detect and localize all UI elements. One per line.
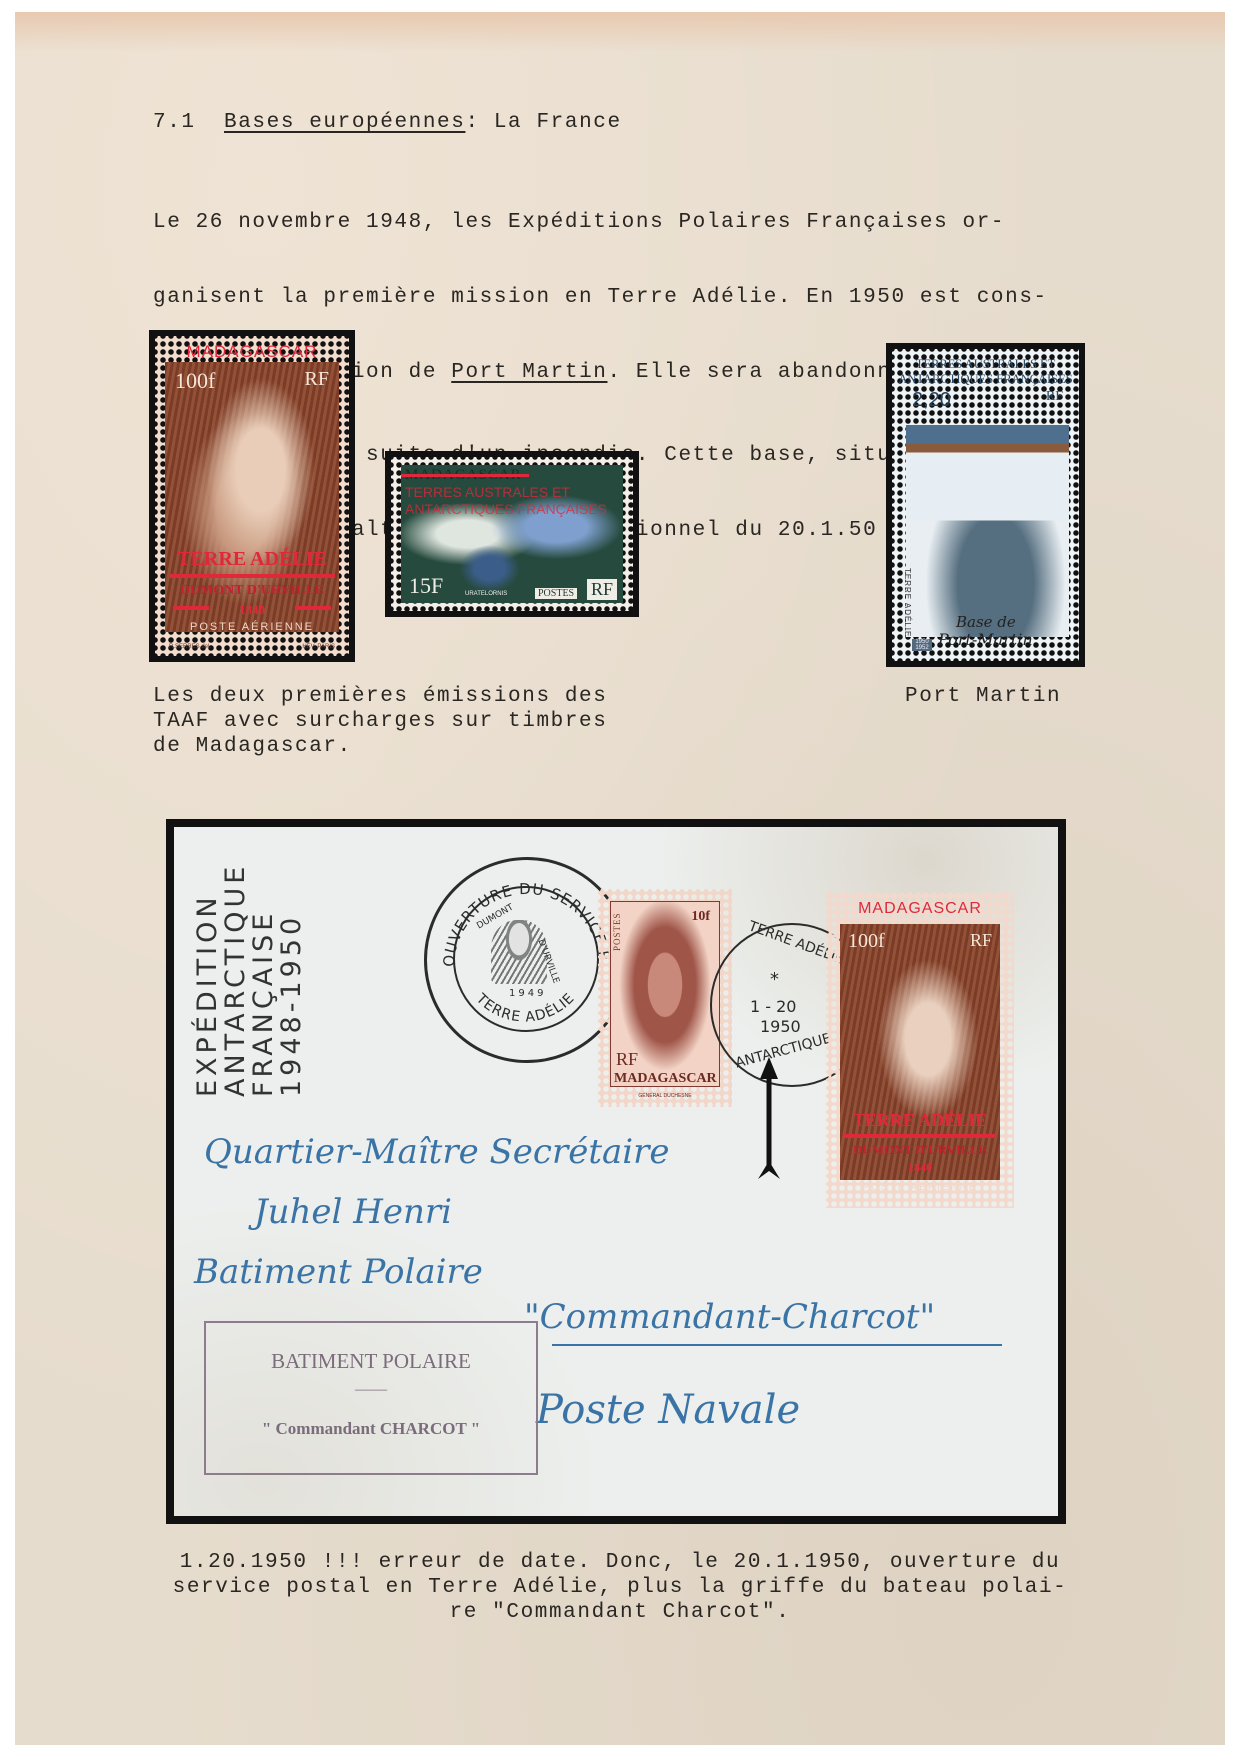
stamp-title-1: Base de <box>956 613 1016 631</box>
caption-line: de Madagascar. <box>153 735 352 758</box>
section-title-rest: : La France <box>465 111 621 134</box>
slogan-line: 1948-1950 <box>276 914 307 1097</box>
cachet-line-2: " Commandant CHARCOT " <box>206 1419 536 1439</box>
overprint-bar <box>295 606 331 610</box>
stamp-taaf-port-martin: TERRES AUSTRALES ET ANTARCTIQUES FRANÇAI… <box>886 343 1085 667</box>
address-line-1: Quartier-Maître Secrétaire <box>204 1132 670 1172</box>
datestamp-star: * <box>770 969 779 990</box>
caption-port-martin: Port Martin <box>905 684 1061 709</box>
caption-line: service postal en Terre Adélie, plus la … <box>120 1575 1120 1600</box>
stamp-bottom-text: POSTE AÉRIENNE <box>149 621 355 633</box>
overprint-terre-adelie: TERRE ADÉLIE <box>830 1110 1010 1131</box>
overprint-bar <box>844 1134 996 1138</box>
stamp-side-text: TERRE ADÉLIE <box>903 568 912 637</box>
stamp-value: 15F <box>409 573 443 599</box>
datestamp-year: 1950 <box>760 1017 801 1036</box>
stamp-madagascar-100f-overprint: MADAGASCAR 100f RF TERRE ADÉLIE DUMONT D… <box>149 330 355 662</box>
stamp-rf: RF <box>1046 389 1063 405</box>
section-number: 7.1 <box>153 111 196 134</box>
cachet-line-1: BATIMENT POLAIRE <box>206 1349 536 1374</box>
stamp-value: 100f <box>848 930 885 953</box>
slogan-line: EXPÉDITION <box>192 893 223 1097</box>
slogan-line: ANTARCTIQUE <box>220 863 251 1097</box>
overprint-line1: TERRES AUSTRALES ET <box>405 484 570 500</box>
stamp-printer: HÉV. PARIS <box>302 644 335 650</box>
caption-left: Les deux premières émissions des TAAF av… <box>153 684 607 759</box>
stamp-country: MADAGASCAR <box>149 342 355 362</box>
stamp-country-1: TERRES AUSTRALES ET <box>886 357 1085 372</box>
stamp-value: 10f <box>691 909 710 925</box>
strike-bar <box>401 474 529 477</box>
slogan-line: FRANÇAISE <box>248 910 279 1097</box>
cachet-divider: —— <box>206 1381 536 1399</box>
stamp-rf: RF <box>970 930 992 951</box>
stamp-rf: RF <box>616 1049 638 1070</box>
stamp-subject: GÉNÉRAL DUCHESNE <box>598 1093 732 1099</box>
address-line-3: Batiment Polaire <box>194 1252 483 1292</box>
page-heading: 7.1 Bases européennes: La France <box>153 110 622 135</box>
stamp-country: MADAGASCAR <box>614 1071 717 1087</box>
port-martin-underlined: Port Martin <box>451 361 607 384</box>
overprint-year: 1840 <box>153 602 351 618</box>
overprint-dumont-durville: DUMONT D'URVILLE <box>830 1142 1010 1158</box>
overprint-year: 1840 <box>830 1160 1010 1175</box>
address-line-4: "Commandant-Charcot" <box>524 1297 935 1337</box>
stamp-country-2: ANTARCTIQUES FRANÇAISES <box>886 372 1085 387</box>
stamp-country: MADAGASCAR <box>826 900 1014 918</box>
arrow-up-icon <box>754 1057 784 1182</box>
stamp-value: 100f <box>175 368 215 394</box>
intro-line: Le 26 novembre 1948, les Expéditions Pol… <box>153 210 1062 235</box>
cover-caption: 1.20.1950 !!! erreur de date. Donc, le 2… <box>120 1550 1120 1625</box>
address-line-2: Juhel Henri <box>254 1192 452 1232</box>
stamp-rf: RF <box>587 579 617 600</box>
stamp-bottom-text: POSTE AÉRIENNE <box>826 1182 1014 1193</box>
caption-line: TAAF avec surcharges sur timbres <box>153 710 607 733</box>
section-title: Bases européennes <box>224 111 465 134</box>
stamp-designer: R.SERRES del. <box>169 644 211 650</box>
envelope: EXPÉDITION ANTARCTIQUE FRANÇAISE 1948-19… <box>174 827 1058 1516</box>
address-line-5: Poste Navale <box>536 1387 800 1433</box>
dumont-durville-portrait <box>491 920 547 984</box>
overprint-terre-adelie: TERRE ADÉLIE <box>153 548 351 571</box>
stamp-artwork-base <box>906 425 1069 637</box>
caption-line: re "Commandant Charcot". <box>120 1600 1120 1625</box>
caption-line: 1.20.1950 !!! erreur de date. Donc, le 2… <box>120 1550 1120 1575</box>
stamp-madagascar-15f-taaf-overprint: MADAGASCAR TERRES AUSTRALES ET ANTARCTIQ… <box>385 451 639 617</box>
stamp-madagascar-100f-on-cover: MADAGASCAR 100f RF TERRE ADÉLIE DUMONT D… <box>826 892 1014 1208</box>
stamp-postes: POSTES <box>535 588 577 599</box>
stamp-postes: POSTES <box>612 912 622 951</box>
page-edge-tint <box>15 12 1225 52</box>
datestamp-date: 1 - 20 <box>750 997 796 1016</box>
postal-cover: EXPÉDITION ANTARCTIQUE FRANÇAISE 1948-19… <box>166 819 1066 1524</box>
stamp-species: URATELORNIS <box>465 591 507 597</box>
intro-line: ganisent la première mission en Terre Ad… <box>153 285 1062 310</box>
cancel-year: 1949 <box>509 988 546 999</box>
overprint-dumont-durville: DUMONT D'URVILLE <box>153 583 351 599</box>
overprint-bar <box>173 606 209 610</box>
caption-line: Les deux premières émissions des <box>153 685 607 708</box>
overprint-line2: ANTARCTIQUES FRANÇAISES <box>405 501 607 517</box>
ship-cachet: BATIMENT POLAIRE —— " Commandant CHARCOT… <box>204 1321 538 1475</box>
stamp-value: 2,20 <box>912 389 951 412</box>
address-underline <box>552 1344 1002 1346</box>
stamp-rf: RF <box>305 368 329 391</box>
overprint-bar <box>169 574 335 578</box>
slogan-cancel: EXPÉDITION ANTARCTIQUE FRANÇAISE 1948-19… <box>194 827 264 1097</box>
stamp-title-2: Port-Martin <box>938 630 1033 649</box>
stamp-years: 1950 1952 <box>912 639 932 651</box>
